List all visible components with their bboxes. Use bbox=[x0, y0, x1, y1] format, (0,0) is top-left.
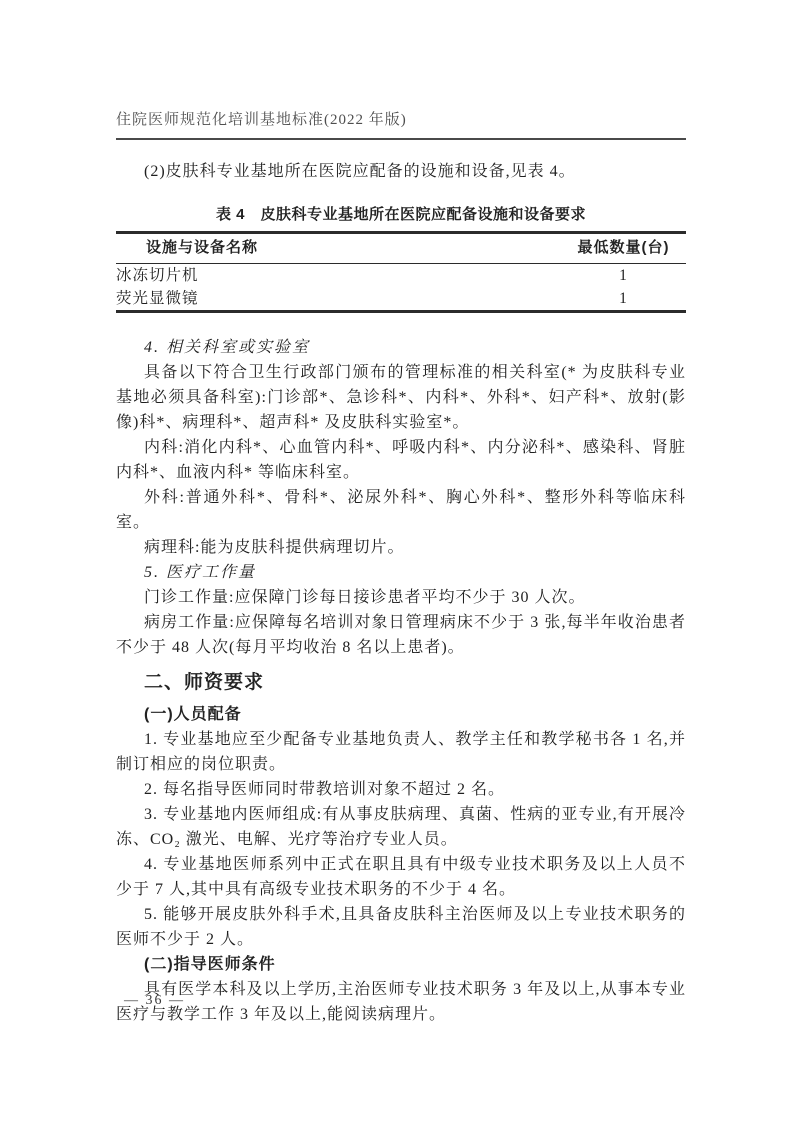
running-header: 住院医师规范化培训基地标准(2022 年版) bbox=[116, 0, 686, 140]
section4-paragraph-4: 病理科:能为皮肤科提供病理切片。 bbox=[116, 535, 686, 560]
page-number: — 36 — bbox=[124, 992, 185, 1010]
section4-heading: 4. 相关科室或实验室 bbox=[116, 335, 686, 360]
supervisor-subheading: (二)指导医师条件 bbox=[116, 952, 686, 977]
page-content: 住院医师规范化培训基地标准(2022 年版) (2)皮肤科专业基地所在医院应配备… bbox=[116, 0, 686, 1027]
column-header-equipment-name: 设施与设备名称 bbox=[116, 233, 561, 264]
table-row: 荧光显微镜 1 bbox=[116, 287, 686, 312]
staffing-item-3: 3. 专业基地内医师组成:有从事皮肤病理、真菌、性病的亚专业,有开展冷冻、CO₂… bbox=[116, 802, 686, 852]
staffing-subheading: (一)人员配备 bbox=[116, 702, 686, 727]
staffing-item-1: 1. 专业基地应至少配备专业基地负责人、教学主任和教学秘书各 1 名,并制订相应… bbox=[116, 727, 686, 777]
supervisor-paragraph: 具有医学本科及以上学历,主治医师专业技术职务 3 年及以上,从事本专业医疗与教学… bbox=[116, 977, 686, 1027]
table4-caption: 表 4 皮肤科专业基地所在医院应配备设施和设备要求 bbox=[116, 205, 686, 225]
section4-paragraph-2: 内科:消化内科*、心血管内科*、呼吸内科*、内分泌科*、感染科、肾脏内科*、血液… bbox=[116, 435, 686, 485]
column-header-minimum-quantity: 最低数量(台) bbox=[561, 233, 686, 264]
section5-paragraph-1: 门诊工作量:应保障门诊每日接诊患者平均不少于 30 人次。 bbox=[116, 585, 686, 610]
staffing-item-2: 2. 每名指导医师同时带教培训对象不超过 2 名。 bbox=[116, 777, 686, 802]
document-page: 住院医师规范化培训基地标准(2022 年版) (2)皮肤科专业基地所在医院应配备… bbox=[0, 0, 800, 1131]
part2-heading: 二、师资要求 bbox=[116, 670, 686, 696]
table-row: 冰冻切片机 1 bbox=[116, 264, 686, 288]
section5-paragraph-2: 病房工作量:应保障每名培训对象日管理病床不少于 3 张,每半年收治患者不少于 4… bbox=[116, 610, 686, 660]
staffing-item-5: 5. 能够开展皮肤外科手术,且具备皮肤科主治医师及以上专业技术职务的医师不少于 … bbox=[116, 902, 686, 952]
table-header-row: 设施与设备名称 最低数量(台) bbox=[116, 233, 686, 264]
staffing-item-4: 4. 专业基地医师系列中正式在职且具有中级专业技术职务及以上人员不少于 7 人,… bbox=[116, 852, 686, 902]
section5-heading: 5. 医疗工作量 bbox=[116, 560, 686, 585]
section4-paragraph-3: 外科:普通外科*、骨科*、泌尿外科*、胸心外科*、整形外科等临床科室。 bbox=[116, 485, 686, 535]
intro-paragraph: (2)皮肤科专业基地所在医院应配备的设施和设备,见表 4。 bbox=[116, 159, 686, 184]
equipment-qty-cell: 1 bbox=[561, 287, 686, 312]
equipment-name-cell: 荧光显微镜 bbox=[116, 287, 561, 312]
running-title: 住院医师规范化培训基地标准(2022 年版) bbox=[116, 112, 407, 128]
equipment-table: 设施与设备名称 最低数量(台) 冰冻切片机 1 荧光显微镜 1 bbox=[116, 231, 686, 313]
body-text: 4. 相关科室或实验室 具备以下符合卫生行政部门颁布的管理标准的相关科室(* 为… bbox=[116, 335, 686, 1027]
equipment-name-cell: 冰冻切片机 bbox=[116, 264, 561, 288]
equipment-qty-cell: 1 bbox=[561, 264, 686, 288]
section4-paragraph-1: 具备以下符合卫生行政部门颁布的管理标准的相关科室(* 为皮肤科专业基地必须具备科… bbox=[116, 360, 686, 435]
